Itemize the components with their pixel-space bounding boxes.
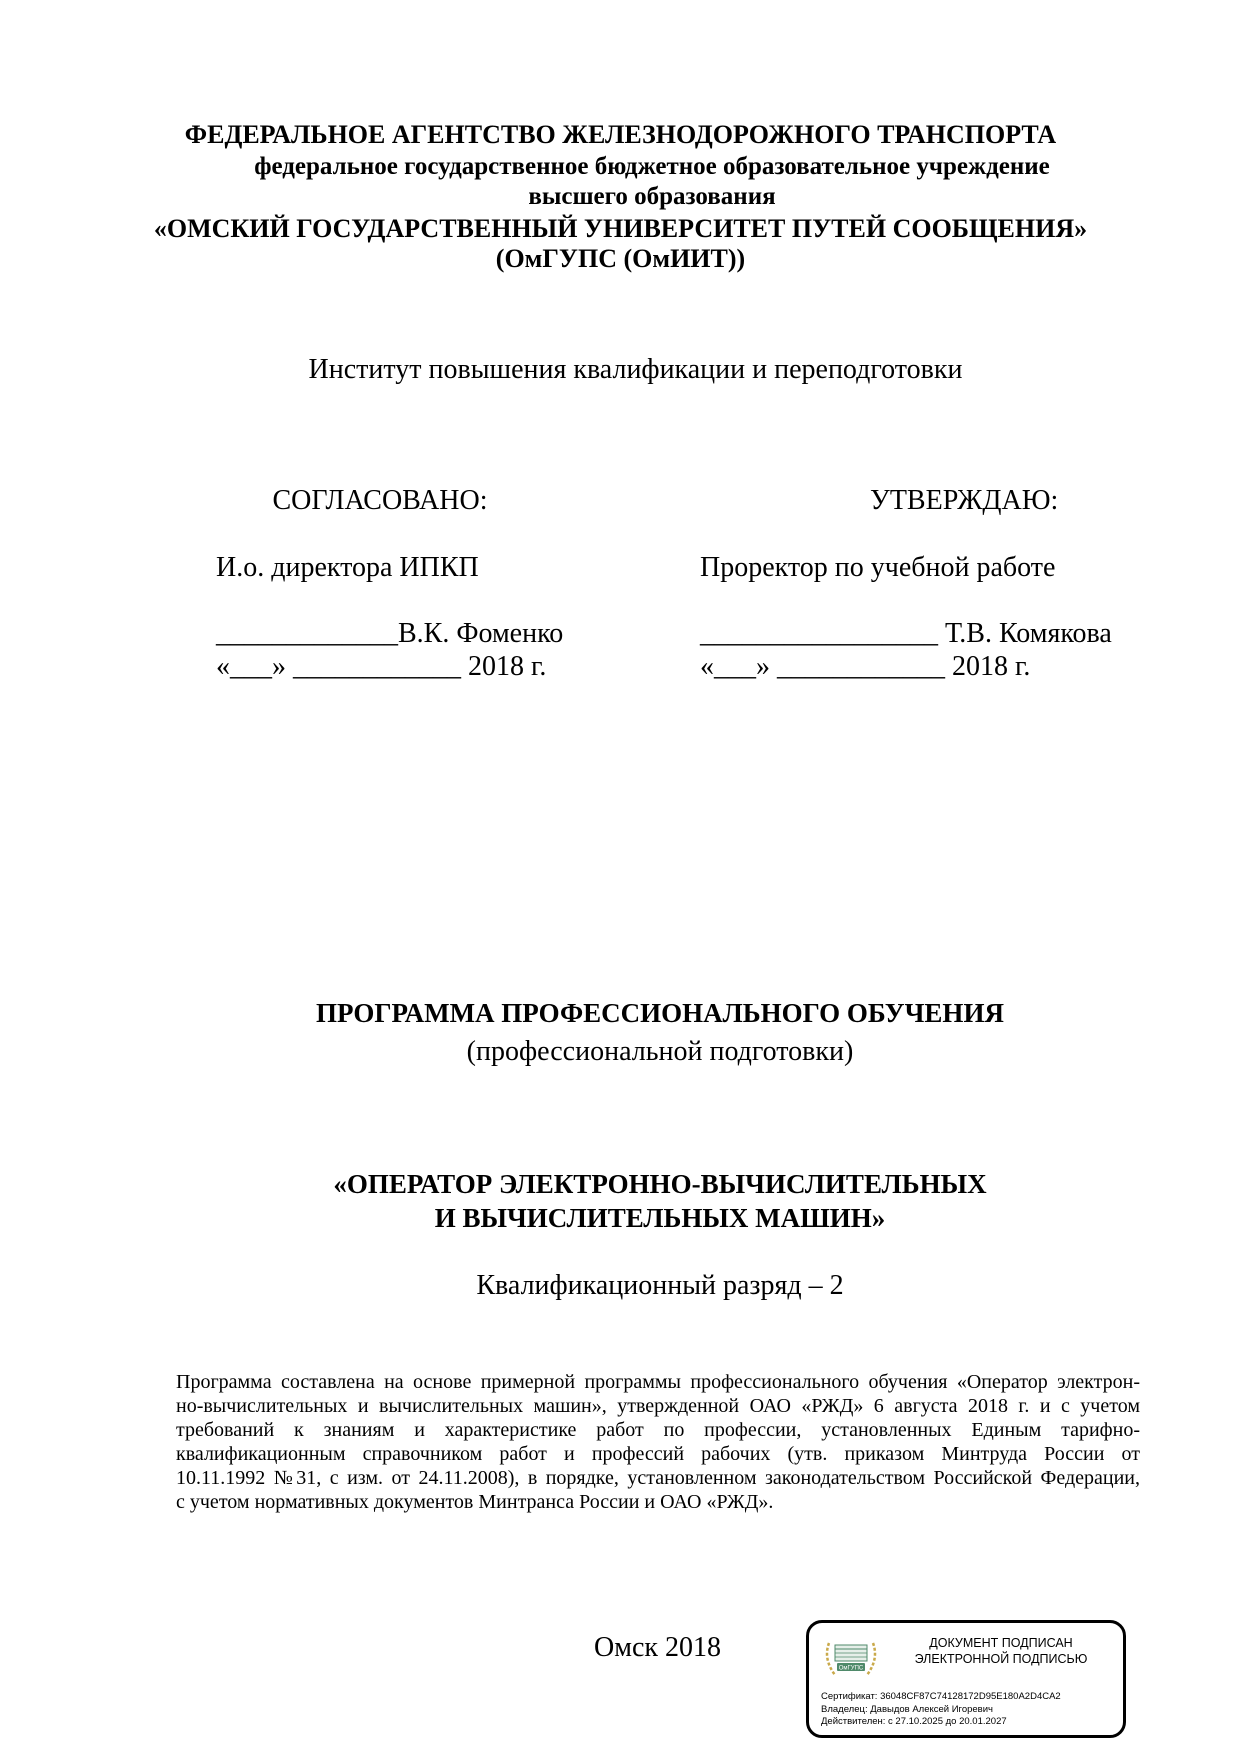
program-basis-paragraph: Программа составлена на основе примерной…	[176, 1370, 1140, 1514]
electronic-signature-stamp: ОмГУПС ДОКУМЕНТ ПОДПИСАН ЭЛЕКТРОННОЙ ПОД…	[806, 1620, 1126, 1738]
program-name-line1: «ОПЕРАТОР ЭЛЕКТРОННО-ВЫЧИСЛИТЕЛЬНЫХ	[280, 1168, 1040, 1200]
paragraph-line: Программа составлена на основе примерной…	[176, 1370, 1140, 1394]
approval-right-signature: _________________ Т.В. Комякова	[700, 617, 1112, 650]
approval-left-position: И.о. директора ИПКП	[216, 551, 479, 584]
certificate-validity: Действителен: с 27.10.2025 до 20.01.2027	[821, 1716, 1061, 1729]
stamp-details: Сертификат: 36048CF87C74128172D95E180A2D…	[821, 1691, 1061, 1729]
program-name-line2: И ВЫЧИСЛИТЕЛЬНЫХ МАШИН»	[280, 1202, 1040, 1234]
certificate-owner: Владелец: Давыдов Алексей Игоревич	[821, 1704, 1061, 1717]
stamp-title-line1: ДОКУМЕНТ ПОДПИСАН	[887, 1635, 1115, 1651]
approval-right-date: «___» ____________ 2018 г.	[700, 650, 1030, 683]
certificate-number: Сертификат: 36048CF87C74128172D95E180A2D…	[821, 1691, 1061, 1704]
stamp-title-line2: ЭЛЕКТРОННОЙ ПОДПИСЬЮ	[887, 1651, 1115, 1667]
city-year: Омск 2018	[594, 1632, 721, 1664]
approval-left-date: «___» ____________ 2018 г.	[216, 650, 546, 683]
university-emblem-icon: ОмГУПС	[821, 1637, 881, 1681]
university-abbreviation: (ОмГУПС (ОмИИТ))	[0, 244, 1241, 274]
approval-right-position: Проректор по учебной работе	[700, 551, 1055, 584]
institution-type-line2: высшего образования	[172, 182, 1132, 212]
approval-left-signature: _____________В.К. Фоменко	[216, 617, 563, 650]
paragraph-line: требований к знаниям и характеристике ра…	[176, 1418, 1140, 1442]
paragraph-line: квалификационным справочником работ и пр…	[176, 1442, 1140, 1466]
program-subtitle: (профессиональной подготовки)	[280, 1036, 1040, 1068]
institute-name: Институт повышения квалификации и перепо…	[0, 354, 1241, 386]
university-name: «ОМСКИЙ ГОСУДАРСТВЕННЫЙ УНИВЕРСИТЕТ ПУТЕ…	[0, 214, 1241, 244]
approval-left-heading: СОГЛАСОВАНО:	[200, 484, 560, 517]
paragraph-line: с учетом нормативных документов Минтранс…	[176, 1490, 1140, 1514]
program-title: ПРОГРАММА ПРОФЕССИОНАЛЬНОГО ОБУЧЕНИЯ	[280, 997, 1040, 1029]
agency-heading: ФЕДЕРАЛЬНОЕ АГЕНТСТВО ЖЕЛЕЗНОДОРОЖНОГО Т…	[0, 120, 1241, 150]
paragraph-line: 10.11.1992 №31, с изм. от 24.11.2008), в…	[176, 1466, 1140, 1490]
paragraph-line: но-вычислительных и вычислительных машин…	[176, 1394, 1140, 1418]
qualification-grade: Квалификационный разряд – 2	[280, 1270, 1040, 1302]
stamp-title: ДОКУМЕНТ ПОДПИСАН ЭЛЕКТРОННОЙ ПОДПИСЬЮ	[887, 1635, 1115, 1667]
institution-type-line1: федеральное государственное бюджетное об…	[172, 152, 1132, 182]
svg-text:ОмГУПС: ОмГУПС	[839, 1666, 864, 1672]
approval-right-heading: УТВЕРЖДАЮ:	[870, 484, 1058, 517]
